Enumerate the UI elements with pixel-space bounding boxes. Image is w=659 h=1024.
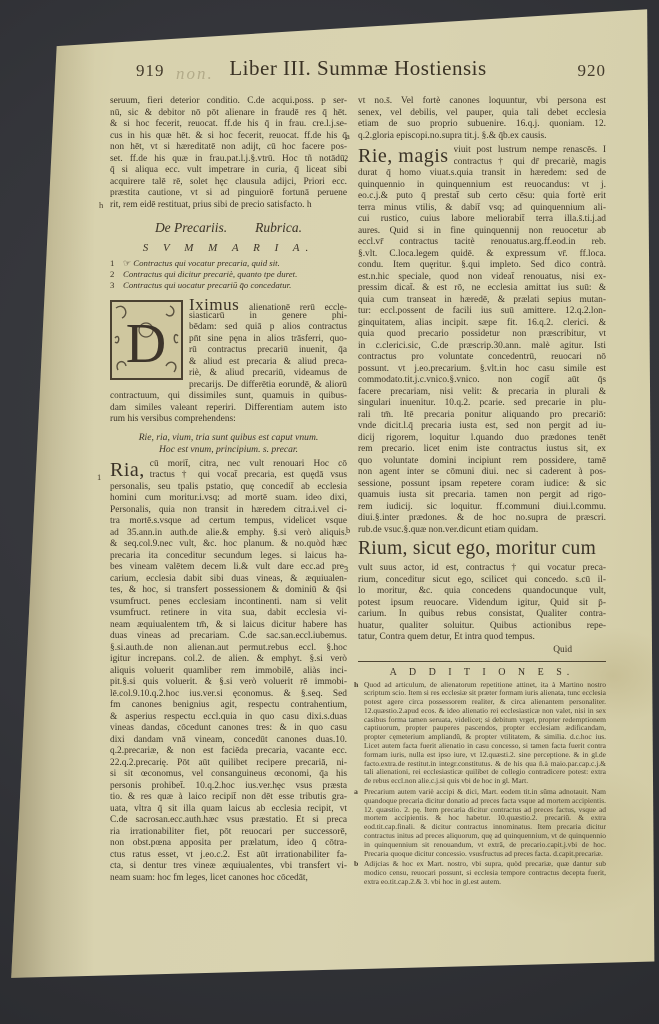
addition-marker: a — [354, 788, 358, 797]
item-text: Contractus qui vocatur precaria, quid si… — [133, 258, 280, 268]
initial-d-woodcut: D — [110, 300, 183, 380]
text-line: uata, vltra q̄ sit illa quam laicus ab e… — [110, 804, 347, 816]
text-line: eo.c.j.& puto q̄ prestat̄ sub certo cēsu… — [358, 191, 606, 203]
text-line: commodato.tit.j.c.vnico.§.vnico. non cog… — [358, 375, 606, 387]
text-line: tra mortē.s.vsque ad certum tempus, vide… — [110, 516, 347, 528]
text-line: & si hoc fecerit, reuocat. ff.de his q̄ … — [110, 119, 347, 131]
text-line: ria irrationabiliter fiet, pōt reuocari … — [110, 827, 347, 839]
text-line: quo voluntate domini incipiunt rem possi… — [358, 456, 606, 468]
text-line: pn̄t sine pęna in alios trāsferri, quo- — [189, 334, 347, 346]
divider-rule — [358, 661, 606, 662]
diximus-paragraph: D Iximus alienationē rerū eccle- siastic… — [110, 299, 347, 426]
addition-item: h Quod ad articulum, de alienatorum repe… — [358, 681, 606, 787]
text-line: §.si.auth.de non alienan.aut permut.rebu… — [110, 643, 347, 655]
text-line: precaria ita conceditur secundum leges. … — [110, 551, 347, 563]
text-line: vineas dandas, cōcedunt canones tres: & … — [110, 723, 347, 735]
text-line: etiam de suo proprio subuenire. 16.q.j. … — [358, 119, 606, 131]
summaria-heading: S V M M A R I A. — [110, 242, 347, 254]
text-line: set. ff.de his quæ in frau.pat.l.j.§.vtr… — [110, 154, 347, 166]
addition-item: b Adijcias & hoc ex Mart. nostro, vbi su… — [358, 860, 606, 886]
rie-paragraph: 2 b Rie, magis viuit post lustrum nempe … — [358, 145, 606, 536]
text-line: tes, & hoc, si transfert possessionem & … — [110, 585, 347, 597]
text-line: ad 35.ann.in auth.de alie.& emphy. §.si … — [110, 528, 347, 540]
text-line: quia quod precario possidetur non præscr… — [358, 329, 606, 341]
text-line: lē.col.9.10.q.2.hoc ius.ver.si ęconomus.… — [110, 689, 347, 701]
margin-number-1: 1 — [97, 472, 101, 482]
text-line: precarijs. De differētia eorundē, & alio… — [189, 380, 347, 392]
text-line: q.2.gloria episcopi.no.supra tit.j. §.& … — [358, 131, 606, 143]
item-text: Contractus qui dicitur precariè, quanto … — [123, 269, 297, 279]
text-line: rum his versibus comprehendens: — [110, 414, 347, 426]
text-line: bēdam: sed quiā p alios contractus — [189, 322, 347, 334]
rie-lines: viuit post lustrum nempe renascēs. Icont… — [358, 145, 606, 536]
text-line: contractus pro voluntate concedentrū, re… — [358, 352, 606, 364]
item-text: Contractus qui uocatur precariū q̄o conc… — [123, 280, 291, 290]
text-line: aures. Quid si in fine quinquennij non r… — [358, 226, 606, 238]
text-line: dicij rigorem, loquitur l.quando duo præ… — [358, 433, 606, 445]
text-line: quamuis iusta sit precaria. tamen non pe… — [358, 490, 606, 502]
rubric-label: Rubrica. — [255, 220, 302, 236]
manicule-icon: ☞ — [123, 258, 131, 268]
ria-paragraph: 1 Ria, cū morit̄, citra, nec vult renoua… — [110, 459, 347, 885]
text-line: durat q̄ homo viuat.s.quia transit in hæ… — [358, 168, 606, 180]
text-line: dixi dandam vnā vineam, concedūt canones… — [110, 735, 347, 747]
summaria-list: 1 ☞ Contractus qui vocatur precaria, qui… — [110, 258, 347, 290]
text-line: non agent inter se cōmuni diui. nec si c… — [358, 467, 606, 479]
verse-gloss-line: Hoc est vnum, principium. s. precar. — [110, 444, 347, 456]
rium-heading: Rium, sicut ego, moritur cum — [358, 538, 606, 560]
addition-text: Precarium autem variè accipi & dici, Mar… — [364, 787, 606, 858]
text-line: ctus ratus esset, vt j.eo.c.2. Est aūt i… — [110, 850, 347, 862]
text-line: cui rustico, cuius labore meliorabit̄ te… — [358, 214, 606, 226]
text-line: vnde dicit.l.q̄ precaria iusta est, sed … — [358, 421, 606, 433]
text-line: vsumfruct. retinere in vita sua, dabit e… — [110, 608, 347, 620]
text-line: diui.§.inter prædones. & de hoc no.supra… — [358, 513, 606, 525]
ria-lead-word: Ria, — [110, 459, 150, 482]
text-line: tur: eccl.possent de facili ius suū amit… — [358, 306, 606, 318]
text-line: senex, vel debilis, vel pauper, quia tal… — [358, 108, 606, 120]
addition-item: a Precarium autem variè accipi & dici, M… — [358, 788, 606, 858]
right-column: a vt no.s̄. Vel fortè canones loquuntur,… — [358, 96, 606, 889]
text-line: quinquennio in quinquennium est reuocand… — [358, 180, 606, 192]
summaria-item: 3 Contractus qui uocatur precariū q̄o co… — [110, 280, 347, 291]
text-line: q̄ si aliqua ecc. vult impetrare in curi… — [110, 165, 347, 177]
margin-letter-b: b — [346, 525, 350, 535]
text-line: est.n.hic speciale, quod non videat̄ ren… — [358, 272, 606, 284]
text-line: carium, ecclesia dabit sibi duas vineas,… — [110, 574, 347, 586]
rium-lines: vult suus actor, id est, contractus † qu… — [358, 563, 606, 644]
item-number: 1 — [110, 258, 114, 269]
text-line: cta, si dentur tres vineæ æquiualentes, … — [110, 861, 347, 873]
text-line: potest ipsum reuocare. Videndum igitur, … — [358, 598, 606, 610]
text-line: neam æquiualentem tm̄, & si laicus dicit… — [110, 620, 347, 632]
text-line: 22.q.2.precarię. Pōt aūt quilibet recipe… — [110, 758, 347, 770]
text-line: rit, rem eidē restituat, prius sibi de p… — [110, 200, 347, 212]
text-line: acquirere talē rē, solet hęc clausula ad… — [110, 177, 347, 189]
text-line: Personalis, quia non transit in hæredem … — [110, 505, 347, 517]
text-line: nū, sic & debitor nō pōt alienare in fra… — [110, 108, 347, 120]
text-line: non hēt, vt si hæreditatē non adijt, cū … — [110, 142, 347, 154]
rubric-title: De Precariis. — [155, 220, 227, 236]
bleedthrough-text: non. — [176, 64, 214, 84]
section-rubric: De Precariis. Rubrica. — [110, 220, 347, 236]
item-number: 2 — [110, 269, 114, 280]
text-line: cū morit̄, citra, nec vult renouari Hoc … — [150, 459, 347, 471]
summaria-item: 2 Contractus qui dicitur precariè, quant… — [110, 269, 347, 280]
ria-lines: cū morit̄, citra, nec vult renouari Hoc … — [110, 459, 347, 885]
text-line: §.vlt. C.loca.legem quidē. & expressum v… — [358, 249, 606, 261]
continuation-lines: vt no.s̄. Vel fortè canones loquuntur, v… — [358, 96, 606, 142]
margin-number-2: 2 — [344, 153, 348, 163]
text-line: homini cum moritur.i.vsq; ad mortē suam.… — [110, 493, 347, 505]
text-line: ginquitatem, alias incipit. sæpe fit. 16… — [358, 318, 606, 330]
text-line: viuit post lustrum nempe renascēs. I — [454, 145, 606, 157]
left-column: h seruum, fieri deterior conditio. C.de … — [110, 96, 347, 884]
text-line: bes vineam valētem decem li.& vult dare … — [110, 562, 347, 574]
summaria-item: 1 ☞ Contractus qui vocatur precaria, qui… — [110, 258, 347, 269]
text-line: non obst.pœna apposita per prælatum, ide… — [110, 838, 347, 850]
text-line: tractus † qui vocat̄ precaria, est quędā… — [150, 470, 347, 482]
text-line: pressim dicat̄. & est rō, ne ecclesia am… — [358, 283, 606, 295]
text-line: rem precario. licet enim iste contractus… — [358, 444, 606, 456]
svg-text:D: D — [126, 313, 166, 375]
rie-lead-word: Rie, magis — [358, 145, 454, 168]
continuation-paragraph: a vt no.s̄. Vel fortè canones loquuntur,… — [358, 96, 606, 142]
additions-list: h Quod ad articulum, de alienatorum repe… — [358, 681, 606, 887]
intro-paragraph: h seruum, fieri deterior conditio. C.de … — [110, 96, 347, 211]
text-line: lo moritur, &c. quia concedens quandocun… — [358, 586, 606, 598]
catchword: Quid — [358, 644, 606, 656]
text-line: rem iudicij. sic loquitur. ff.communi di… — [358, 502, 606, 514]
text-line: personalis, seu tpalis pstatio, quę conc… — [110, 482, 347, 494]
text-line: si sit œconomus, vel consanguineus œcono… — [110, 769, 347, 781]
text-line: tatur, Contra quem detur, Et intra quod … — [358, 632, 606, 644]
text-line: vsumfruct. penes ecclesiam incontinenti.… — [110, 597, 347, 609]
text-line: sessione, possunt ipsam repetere coram i… — [358, 479, 606, 491]
text-line: tio. & res quæ à laico recipit̄ non dēt … — [110, 792, 347, 804]
text-line: cus in his quæ hēt. & si hoc fecerit, re… — [110, 131, 347, 143]
text-line: terra minus vtilis, & dabit̄ vsq; ad qui… — [358, 203, 606, 215]
text-line: quia cum transeat in hæredē, & prælati s… — [358, 295, 606, 307]
text-line: C.de sacrosan.ecc.auth.hæc vsus præstati… — [110, 815, 347, 827]
binding-gutter-shadow — [0, 0, 95, 1024]
text-line-first: Iximus alienationē rerū eccle- — [189, 299, 347, 311]
text-line: q.2.precariæ, & non est faciēda precaria… — [110, 746, 347, 758]
text-line: pit.§.si quis voluerit. & §.si verò volu… — [110, 677, 347, 689]
text-line: eccl.vr̄ contractus tacitè renouatus.arg… — [358, 237, 606, 249]
text-line: & seq.col.9.nec vult, &c. hoc planum. & … — [110, 539, 347, 551]
margin-number-3: 3 — [344, 564, 348, 574]
text-line: riè, & aliud precariū, videamus de — [189, 368, 347, 380]
text-line: aliquis voluerit quamliber rem immobilē,… — [110, 666, 347, 678]
text-line: & asperius respectu eccl.quia in quo cas… — [110, 712, 347, 724]
text-line: in c.clerici.sic, C.de præscrip.30.ann. … — [358, 341, 606, 353]
folio-number-left: 919 — [136, 61, 165, 81]
text-line: præstita cautione, vt si ad pinguiorē fo… — [110, 188, 347, 200]
addition-text: Adijcias & hoc ex Mart. nostro, vbi supr… — [364, 859, 606, 886]
text-line: singulari inuenitur. 10.q.2. pcarie. sed… — [358, 398, 606, 410]
text-line: vt no.s̄. Vel fortè canones loquuntur, v… — [358, 96, 606, 108]
rium-paragraph: 3 vult suus actor, id est, contractus † … — [358, 563, 606, 644]
text-line: rium, conceditur sicut ego, scilicet qui… — [358, 575, 606, 587]
verse-line: Rie, ria, vium, tria sunt quibus est cap… — [110, 431, 347, 444]
text-line: siasticarū in genere phi- — [189, 311, 347, 323]
margin-letter-h: h — [99, 200, 103, 210]
text-line: huatur, qualiter soluitur. Quibus action… — [358, 621, 606, 633]
text-line: rali tm̄. Itē precaria ponitur aliquando… — [358, 410, 606, 422]
opening-word: Iximus — [189, 299, 239, 311]
additiones-heading: A D D I T I O N E S. — [358, 666, 606, 679]
text-line: contractuum, qui dissimiles sunt, quamui… — [110, 391, 347, 403]
intro-lines: seruum, fieri deterior conditio. C.de ac… — [110, 96, 347, 211]
page-header: 919 non. Liber III. Summæ Hostiensis 920 — [108, 56, 608, 86]
text-line: duas vineas ad precariam. C.de sac.san.e… — [110, 631, 347, 643]
text-line: possunt. vt j.eo.precarium. §.vlt.in hoc… — [358, 364, 606, 376]
first-line-rest: alienationē rerū eccle- — [239, 303, 347, 311]
text-line: fm canones benignius agit, respectu cont… — [110, 700, 347, 712]
folio-number-right: 920 — [578, 61, 607, 81]
text-line: & aliud est precaria & aliud preca- — [189, 357, 347, 369]
book-page: 919 non. Liber III. Summæ Hostiensis 920… — [0, 0, 659, 1024]
text-line: vult suus actor, id est, contractus † qu… — [358, 563, 606, 575]
text-line: condu. Item quęritur. §.qui impleto. Sed… — [358, 260, 606, 272]
addition-text: Quod ad articulum, de alienatorum repeti… — [364, 680, 606, 786]
item-number: 3 — [110, 280, 114, 291]
text-line: personis prohibet̄. 10.q.2.hoc ius.ver.h… — [110, 781, 347, 793]
margin-letter-a: a — [346, 131, 350, 141]
text-line: contractus † qui dr̄ precariè, magis — [454, 157, 606, 169]
running-title: Liber III. Summæ Hostiensis — [229, 56, 486, 81]
addition-marker: h — [354, 681, 358, 690]
text-line: facere precariam, nisi velit: & precaria… — [358, 387, 606, 399]
text-line: dam similes valeant reperiri. Differenti… — [110, 403, 347, 415]
text-line: neam suam: hoc fm leges, licet canones h… — [110, 873, 347, 885]
text-line: carium. In quibus rebus consistat, Quali… — [358, 609, 606, 621]
text-line: rū contractus precariū inuenit, q̄a — [189, 345, 347, 357]
text-line: igitur increpans. col.2. de alien. & emp… — [110, 654, 347, 666]
text-line: rub.de vsuc.§.quæ non.ver.dicunt etiam q… — [358, 525, 606, 537]
text-line: seruum, fieri deterior conditio. C.de ac… — [110, 96, 347, 108]
addition-marker: b — [354, 860, 358, 869]
